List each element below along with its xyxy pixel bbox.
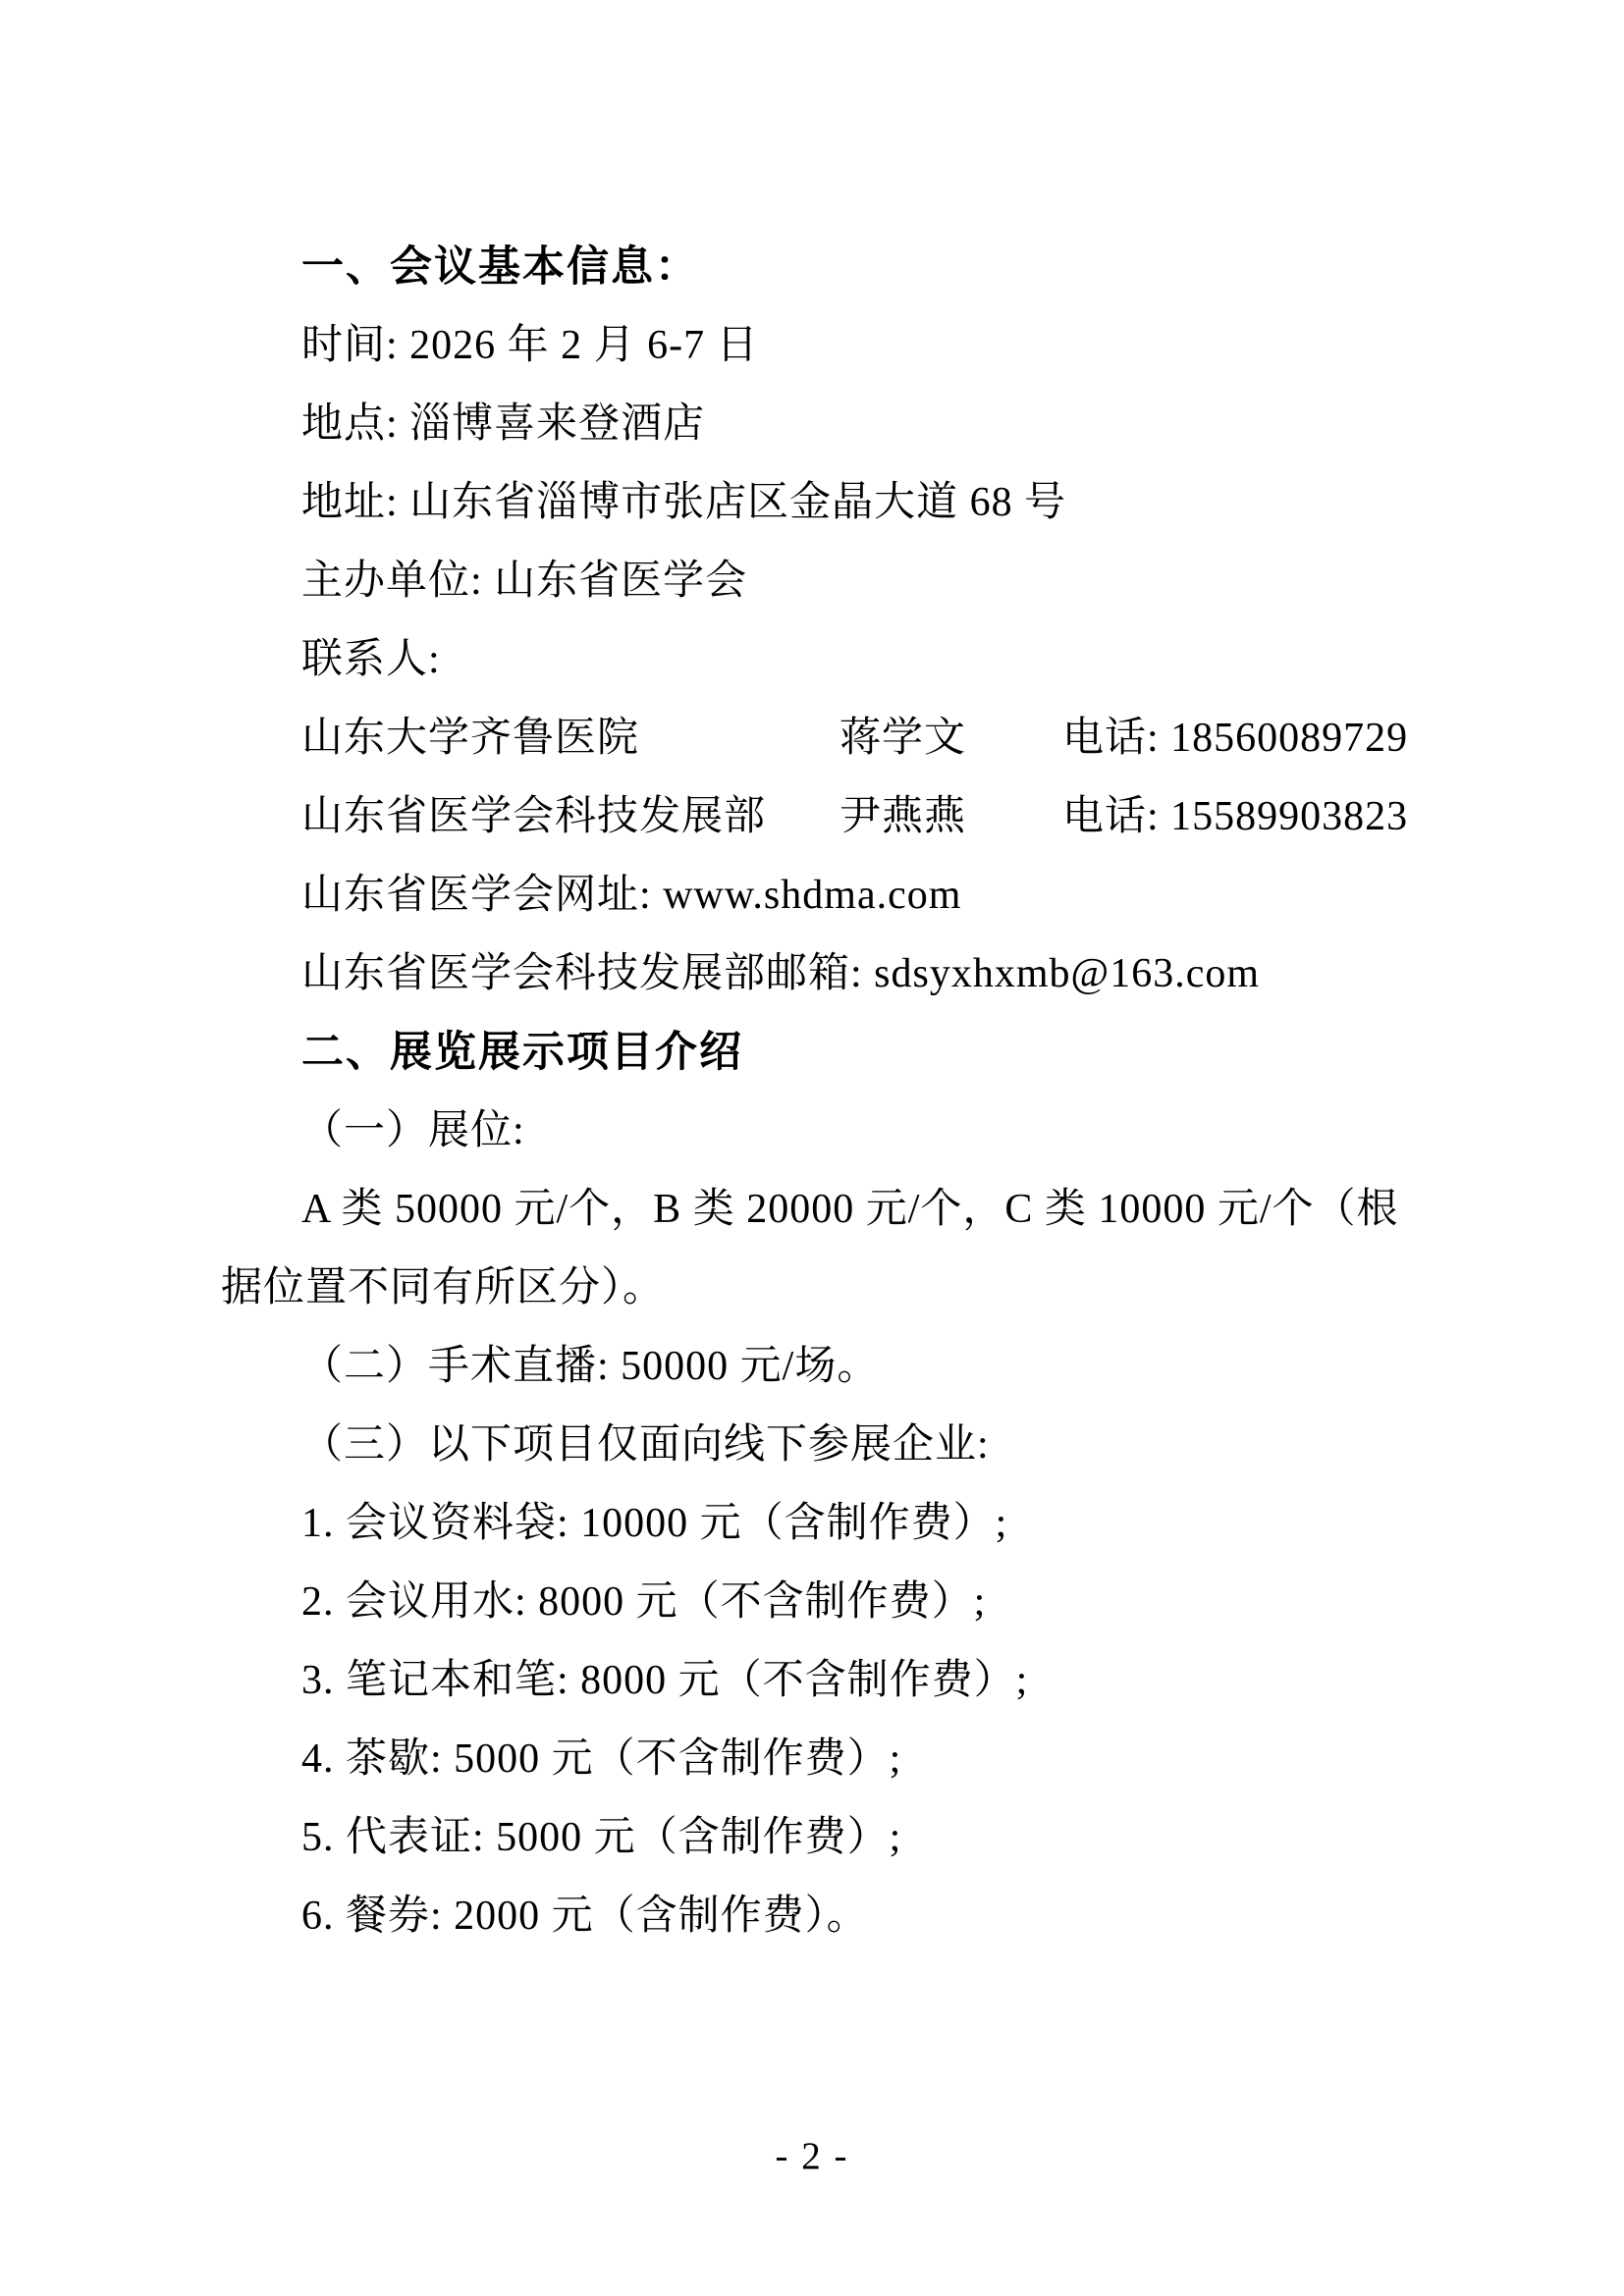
contact-row: 山东大学齐鲁医院 蒋学文 电话: 18560089729 xyxy=(221,699,1458,777)
contact-phone: 电话: 15589903823 xyxy=(1062,777,1408,856)
booth-label-line: （一）展位: xyxy=(221,1092,1458,1170)
website-line: 山东省医学会网址: www.shdma.com xyxy=(221,856,1458,934)
offline-only-label-line: （三）以下项目仅面向线下参展企业: xyxy=(221,1406,1458,1484)
booth-prices-line-1: A 类 50000 元/个，B 类 20000 元/个，C 类 10000 元/… xyxy=(221,1170,1458,1249)
email-line: 山东省医学会科技发展部邮箱: sdsyxhxmb@163.com xyxy=(221,934,1458,1013)
page-number: - 2 - xyxy=(0,2132,1624,2181)
contact-person-name: 蒋学文 xyxy=(839,699,966,777)
surgery-broadcast-line: （二）手术直播: 50000 元/场。 xyxy=(221,1327,1458,1406)
contact-organization: 山东省医学会科技发展部 xyxy=(301,777,766,856)
section1-heading: 一、会议基本信息： xyxy=(221,228,1458,306)
contacts-label-line: 联系人: xyxy=(221,620,1458,699)
booth-prices-line-2: 据位置不同有所区分）。 xyxy=(221,1249,1458,1327)
price-list-item: 6. 餐券: 2000 元（含制作费）。 xyxy=(221,1877,1458,1955)
organizer-line: 主办单位: 山东省医学会 xyxy=(221,542,1458,620)
price-list-item: 1. 会议资料袋: 10000 元（含制作费）; xyxy=(221,1484,1458,1563)
contact-person-name: 尹燕燕 xyxy=(839,777,966,856)
section2-heading: 二、展览展示项目介绍 xyxy=(221,1013,1458,1092)
meeting-venue-line: 地点: 淄博喜来登酒店 xyxy=(221,385,1458,463)
meeting-time-line: 时间: 2026 年 2 月 6-7 日 xyxy=(221,306,1458,385)
document-page: 一、会议基本信息： 时间: 2026 年 2 月 6-7 日 地点: 淄博喜来登… xyxy=(0,0,1624,2296)
contact-organization: 山东大学齐鲁医院 xyxy=(301,699,639,777)
document-body: 一、会议基本信息： 时间: 2026 年 2 月 6-7 日 地点: 淄博喜来登… xyxy=(221,228,1458,1955)
price-list-item: 2. 会议用水: 8000 元（不含制作费）; xyxy=(221,1563,1458,1641)
meeting-address-line: 地址: 山东省淄博市张店区金晶大道 68 号 xyxy=(221,463,1458,542)
contact-phone: 电话: 18560089729 xyxy=(1062,699,1408,777)
price-list-item: 4. 茶歇: 5000 元（不含制作费）; xyxy=(221,1720,1458,1798)
price-list-item: 5. 代表证: 5000 元（含制作费）; xyxy=(221,1798,1458,1877)
price-list-item: 3. 笔记本和笔: 8000 元（不含制作费）; xyxy=(221,1641,1458,1720)
contact-row: 山东省医学会科技发展部 尹燕燕 电话: 15589903823 xyxy=(221,777,1458,856)
